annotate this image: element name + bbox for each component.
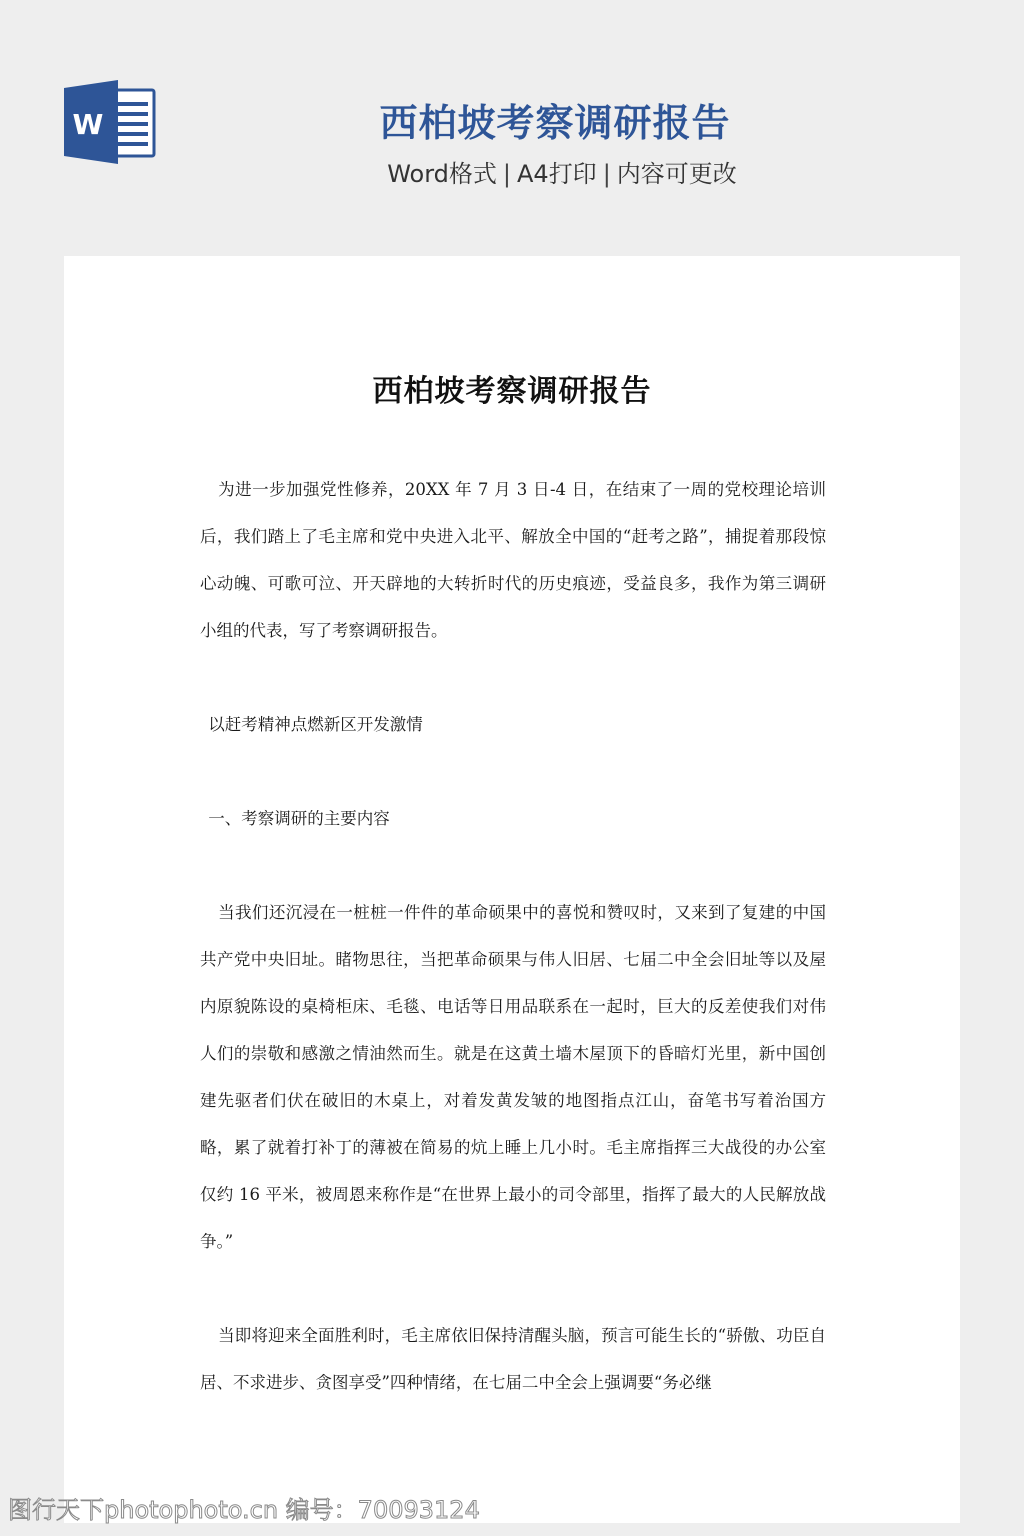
document-title: 西柏坡考察调研报告 [64, 366, 960, 410]
paragraph-content-2: 当即将迎来全面胜利时，毛主席依旧保持清醒头脑，预言可能生长的“骄傲、功臣自居、不… [200, 1312, 826, 1406]
watermark-text: 图行天下photophoto.cn 编号：70093124 [8, 1490, 480, 1525]
subtitle-editable: 内容可更改 [617, 160, 737, 188]
header-subtitle: Word格式|A4打印|内容可更改 [300, 154, 824, 189]
section-heading-1: 一、考察调研的主要内容 [200, 795, 826, 842]
svg-text:W: W [73, 108, 104, 141]
word-icon: W [64, 80, 158, 164]
section-subtitle: 以赶考精神点燃新区开发激情 [200, 701, 826, 748]
separator: | [503, 160, 511, 188]
paragraph-intro: 为进一步加强党性修养，20XX 年 7 月 3 日-4 日，在结束了一周的党校理… [200, 466, 826, 654]
separator: | [603, 160, 611, 188]
subtitle-format: Word格式 [387, 160, 497, 188]
subtitle-print: A4打印 [517, 160, 597, 188]
document-page: 西柏坡考察调研报告 为进一步加强党性修养，20XX 年 7 月 3 日-4 日，… [64, 256, 960, 1523]
document-body: 为进一步加强党性修养，20XX 年 7 月 3 日-4 日，在结束了一周的党校理… [200, 466, 826, 1406]
header-title: 西柏坡考察调研报告 [300, 92, 810, 147]
paragraph-content-1: 当我们还沉浸在一桩桩一件件的革命硕果中的喜悦和赞叹时，又来到了复建的中国共产党中… [200, 889, 826, 1265]
